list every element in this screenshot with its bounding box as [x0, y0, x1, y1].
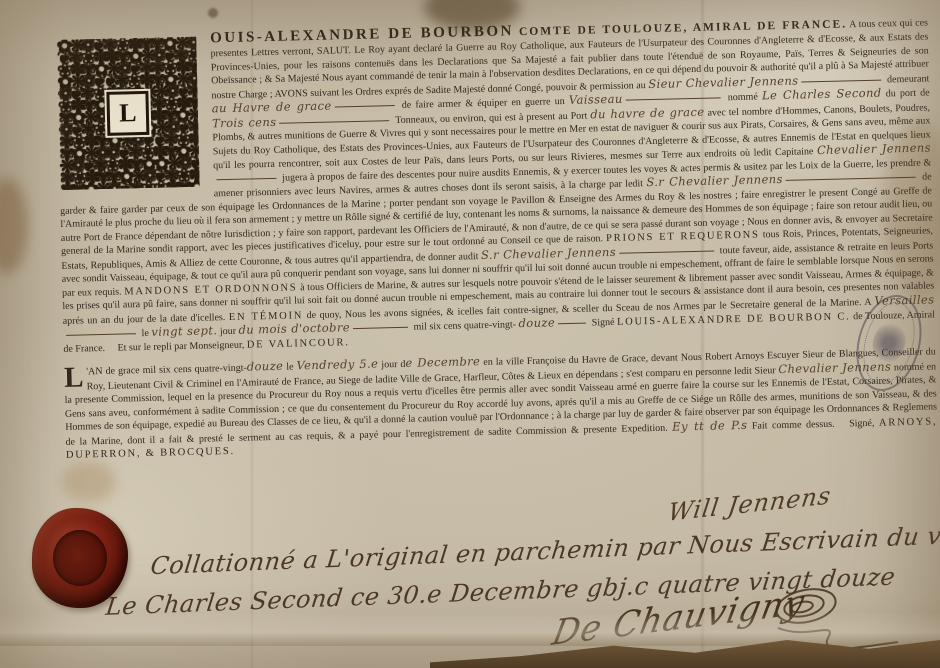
printed-text: le: [139, 328, 152, 339]
printed-text: demeurant: [884, 73, 929, 85]
handwritten-insert: du havre de grace: [590, 104, 705, 121]
printed-text: de faire armer & équiper en guerre un: [397, 96, 569, 111]
printed-text: mil six cens quatre-vingt-: [411, 319, 519, 333]
handwritten-insert: douze: [247, 359, 284, 374]
printed-text: Fait comme dessus. Signé,: [747, 417, 879, 431]
parchment-document-photo: ✿❋❁❦❃❀✽✾✾✿❋❁❦❃❀✽✽✾✿❋❁❦❃❀❀✽✾✿❋❁❦❃❃❀✽✾✿❋❁❦…: [0, 0, 940, 668]
ink-rule: [801, 74, 881, 82]
wax-seal-impression: [53, 530, 107, 586]
ink-rule: [626, 92, 721, 100]
printed-text: jour: [217, 326, 238, 337]
parchment-bottom-edge: [0, 612, 940, 646]
handwritten-insert: Chevalier Jennens: [817, 140, 931, 157]
handwritten-insert: S.r Chevalier Jennens: [646, 172, 783, 189]
ink-rule: [66, 328, 136, 336]
handwritten-insert: au Havre de grace: [212, 99, 332, 116]
printed-text: nommé: [724, 91, 763, 103]
initial-letter-box: L: [106, 91, 149, 136]
printed-text: du port de: [881, 87, 929, 99]
smallcaps-phrase: LOUIS-ALEXANDRE DE BOURBON C.: [617, 311, 851, 328]
ink-rule: [558, 318, 586, 325]
printed-text: le: [283, 361, 297, 372]
ink-stain: [208, 8, 218, 18]
handwritten-insert: Trois cens: [212, 114, 277, 130]
ink-rule: [786, 172, 916, 181]
ink-rule: [279, 115, 389, 124]
handwritten-insert: e Decembre: [405, 354, 480, 370]
handwritten-insert: Le Charles Second: [762, 86, 882, 103]
ink-rule: [619, 245, 714, 253]
wax-seal-icon: [32, 508, 128, 608]
brown-stain: [0, 178, 28, 274]
handwritten-insert: vingt sept.: [151, 323, 217, 339]
handwritten-insert: Vaisseau: [569, 92, 623, 107]
handwritten-insert: Vendredy 5.e: [296, 357, 378, 373]
captain-signature: Will Jennens: [666, 481, 833, 527]
floral-woodcut-initial: ✿❋❁❦❃❀✽✾✾✿❋❁❦❃❀✽✽✾✿❋❁❦❃❀❀✽✾✿❋❁❦❃❃❀✽✾✿❋❁❦…: [56, 37, 199, 190]
printed-text: Signé: [589, 317, 617, 329]
ink-rule: [335, 100, 395, 107]
smallcaps-phrase: MANDONS ET ORDONNONS: [124, 282, 297, 297]
initial-letter: L: [119, 106, 137, 120]
drop-cap: L: [64, 364, 87, 390]
handwritten-insert: S.r Chevalier Jennens: [481, 244, 616, 261]
handwritten-insert: Ey tt de P.s: [672, 417, 747, 433]
printed-text: 'AN de grace mil six cens quatre-vingt-: [86, 363, 247, 378]
printed-text: jour d: [378, 359, 405, 371]
ink-rule: [353, 322, 408, 329]
registration-paragraph: L'AN de grace mil six cens quatre-vingt-…: [64, 344, 938, 462]
smallcaps-phrase: PRIONS ET REQUERONS: [606, 229, 760, 244]
faded-stain: [62, 462, 116, 502]
commission-text-block: ✿❋❁❦❃❀✽✾✾✿❋❁❦❃❀✽✽✾✿❋❁❦❃❀❀✽✾✿❋❁❦❃❃❀✽✾✿❋❁❦…: [56, 13, 938, 462]
smallcaps-phrase: DE VALINCOUR.: [247, 337, 350, 350]
handwritten-insert: du mois d'octobre: [238, 320, 350, 337]
handwritten-insert: douze: [518, 315, 555, 330]
ink-rule: [216, 172, 276, 179]
